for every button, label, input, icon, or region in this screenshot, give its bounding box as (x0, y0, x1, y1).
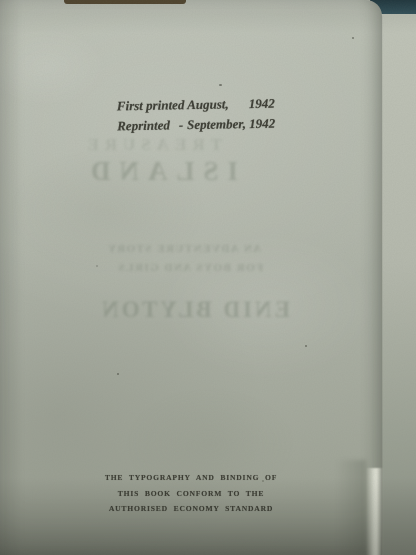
show-through-title-line2: ISLAND (86, 156, 238, 187)
show-through-author: ENID BLYTON (100, 297, 290, 323)
paper-speck (219, 84, 222, 86)
cover-top-strip (64, 0, 186, 4)
page-edge-highlight (366, 468, 383, 555)
page-curl-shadow (336, 460, 366, 555)
paper-speck (262, 480, 264, 482)
paper-speck (117, 373, 119, 375)
paper-speck (96, 265, 98, 267)
paper-speck (352, 37, 354, 39)
economy-notice-line1: THE TYPOGRAPHY AND BINDING OF (96, 470, 286, 486)
reprinted-label: Reprinted (117, 115, 170, 136)
printing-history-line2: Reprinted - September, 1942 (117, 114, 275, 137)
printing-history-block: First printed August, 1942 Reprinted - S… (117, 94, 276, 137)
economy-standard-notice: THE TYPOGRAPHY AND BINDING OF THIS BOOK … (96, 470, 286, 517)
printing-history-page: First printed August, 1942 Reprinted - S… (0, 0, 382, 555)
economy-notice-line2: THIS BOOK CONFORM TO THE (96, 486, 286, 502)
printing-history-line1: First printed August, 1942 (117, 94, 275, 117)
reprinted-dash: - (179, 115, 184, 135)
show-through-subtitle-line2: FOR BOYS AND GIRLS (102, 262, 278, 274)
first-printed-year: 1942 (249, 94, 275, 114)
book-page-photo: First printed August, 1942 Reprinted - S… (0, 0, 416, 555)
economy-notice-line3: AUTHORISED ECONOMY STANDARD (96, 501, 286, 517)
fore-edge-pages (381, 14, 416, 555)
show-through-title-line1: TREASURE (112, 135, 222, 155)
reprinted-date: September, 1942 (187, 114, 275, 136)
show-through-subtitle-line1: AN ADVENTURE STORY (100, 243, 268, 255)
paper-speck (305, 345, 307, 347)
first-printed-label: First printed August, (117, 94, 229, 116)
